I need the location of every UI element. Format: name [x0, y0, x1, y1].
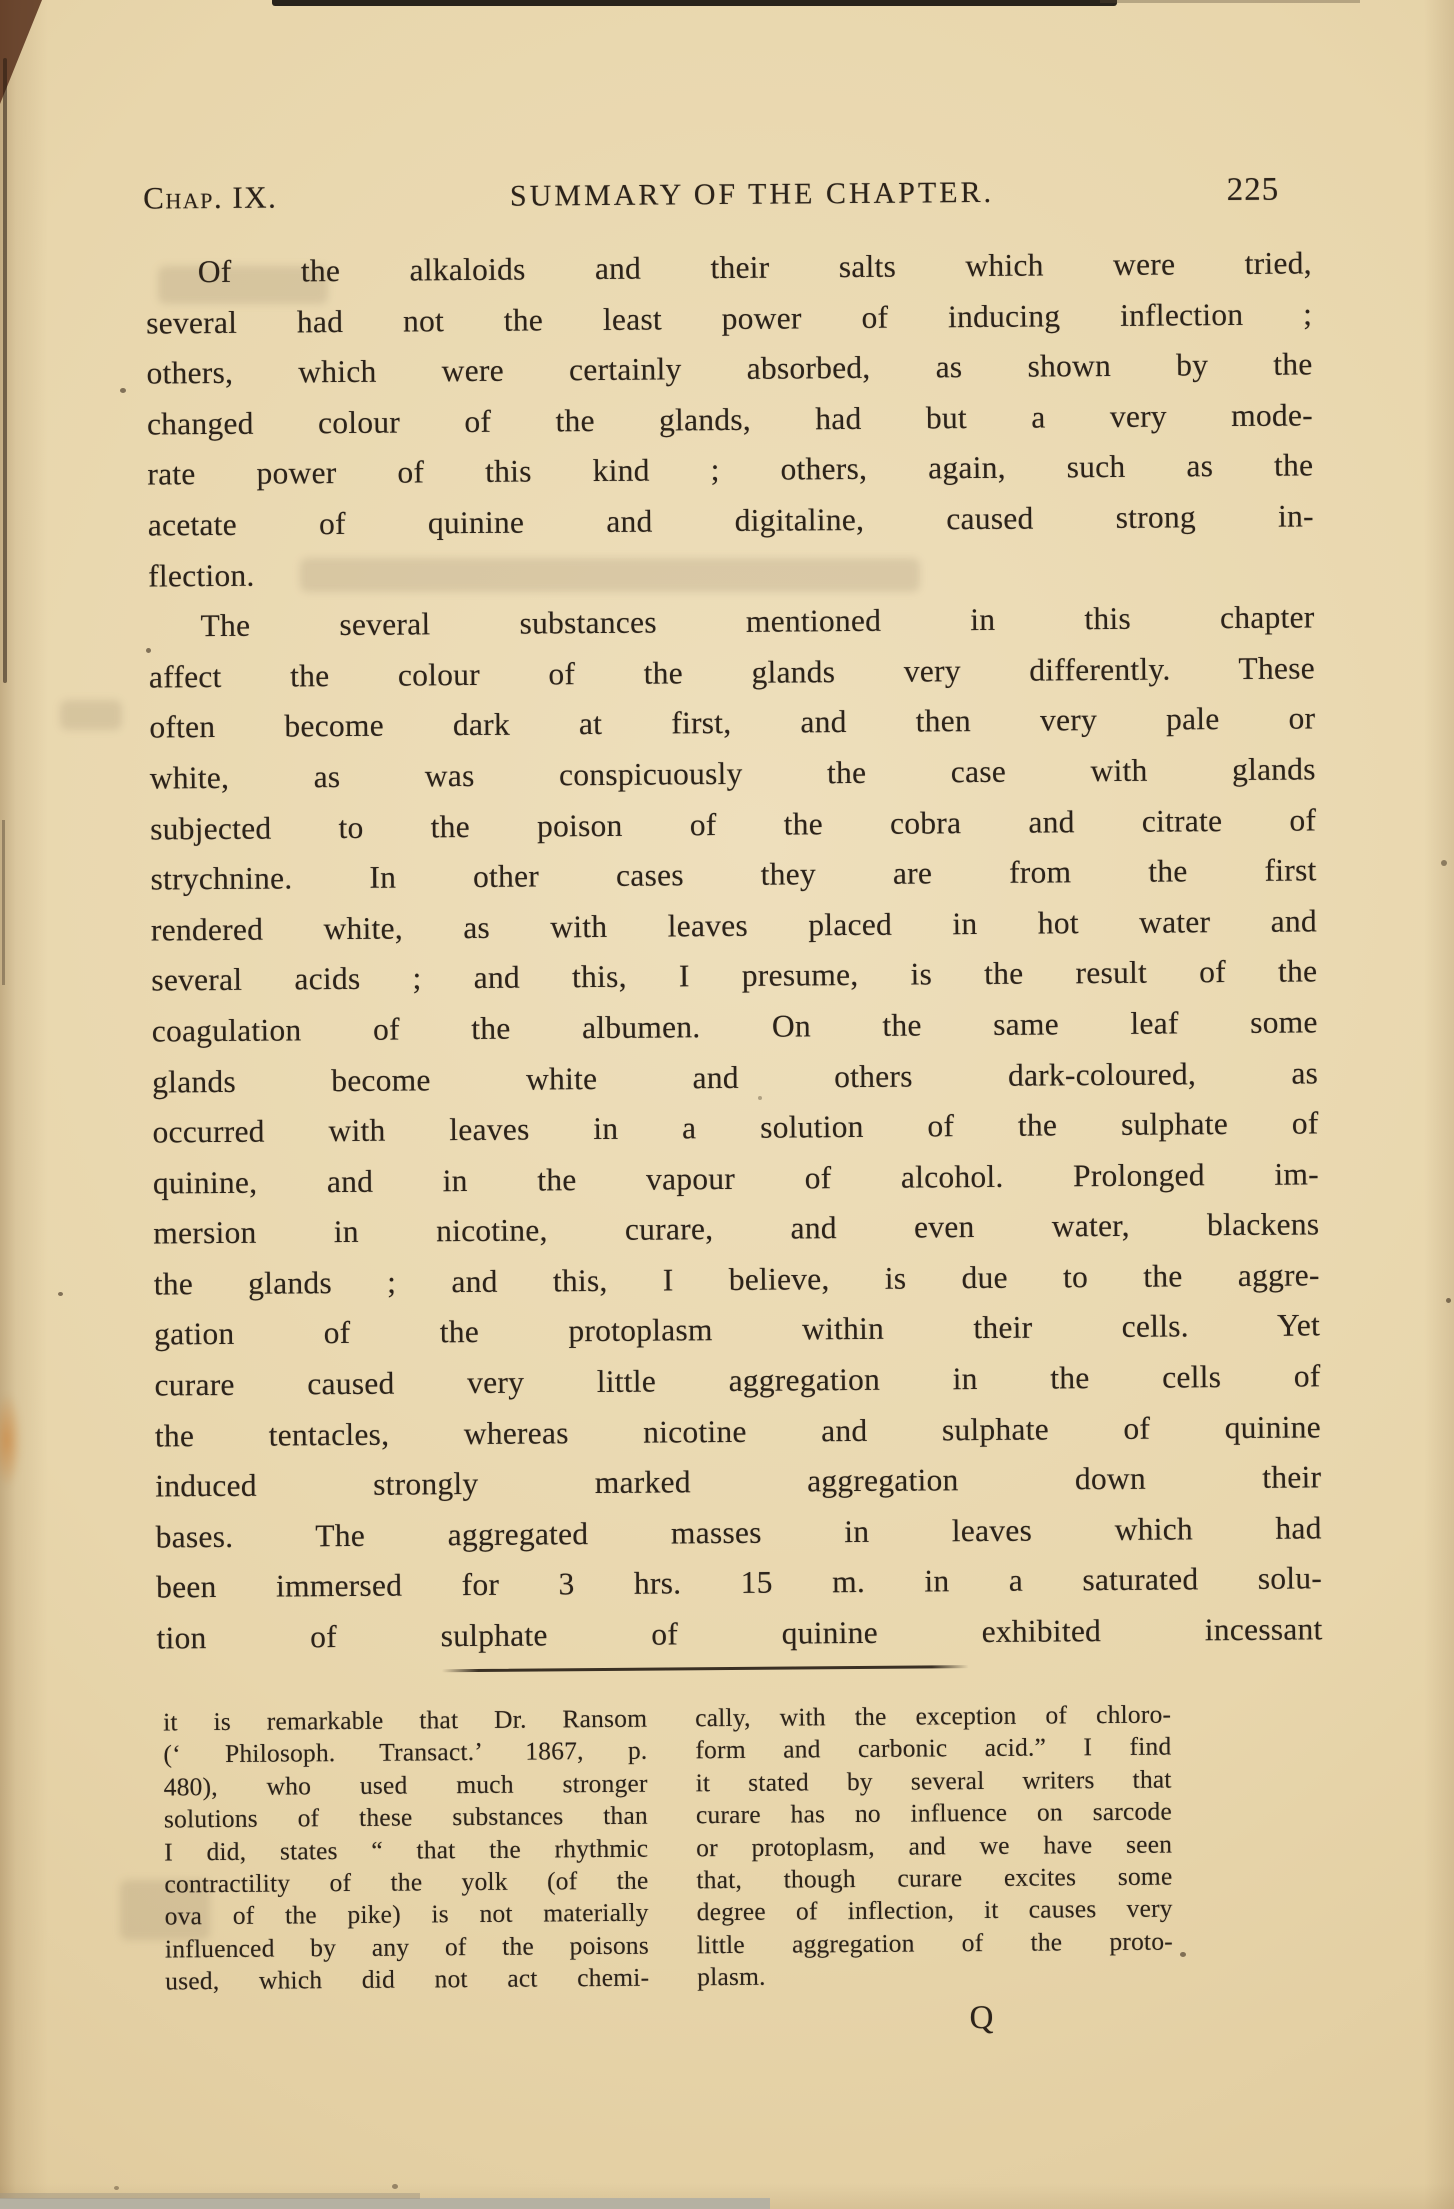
body-line: subjected to the poison of the cobra and…	[150, 795, 1316, 855]
footnote-line: plasm.	[697, 1958, 1173, 1994]
body-line: gation of the protoplasm within their ce…	[154, 1301, 1320, 1361]
footnote-line: it is remarkable that Dr. Ransom	[163, 1703, 647, 1739]
footnote-separator	[442, 1665, 969, 1672]
body-line: changed colour of the glands, had but a …	[147, 390, 1313, 450]
footnote-line: (‘ Philosoph. Transact.’ 1867, p.	[163, 1735, 647, 1771]
body-line: bases. The aggregated masses in leaves w…	[156, 1503, 1322, 1563]
body-line: often become dark at first, and then ver…	[149, 694, 1315, 754]
footnote-line: influenced by any of the poisons	[165, 1929, 649, 1965]
footnote-line: ova of the pike) is not materially	[165, 1897, 649, 1933]
body-line: others, which were certainly absorbed, a…	[146, 340, 1312, 400]
page-number: 225	[1227, 172, 1280, 209]
footnote-line: degree of inflection, it causes very	[697, 1893, 1173, 1929]
page-header: Chap. IX. SUMMARY OF THE CHAPTER. 225	[143, 172, 1279, 218]
footnote-column-right: cally, with the exception of chloro-form…	[695, 1699, 1173, 1994]
body-line: The several substances mentioned in this…	[148, 593, 1314, 653]
body-line: glands become white and others dark-colo…	[152, 1048, 1318, 1108]
footnote-line: solutions of these substances than	[164, 1800, 648, 1836]
body-line: several had not the least power of induc…	[146, 289, 1312, 349]
footnote-line: I did, states “ that the rhythmic	[164, 1832, 648, 1868]
chapter-label: Chap. IX.	[143, 180, 277, 217]
body-line: rendered white, as with leaves placed in…	[151, 896, 1317, 956]
footnote-line: little aggregation of the proto-	[697, 1925, 1173, 1961]
footnote-line: or protoplasm, and we have seen	[696, 1828, 1172, 1864]
body-line: rate power of this kind ; others, again,…	[147, 441, 1313, 501]
body-line: quinine, and in the vapour of alcohol. P…	[153, 1149, 1319, 1209]
body-text: Of the alkaloids and their salts which w…	[146, 238, 1323, 1664]
scanned-book-page: Chap. IX. SUMMARY OF THE CHAPTER. 225 Of…	[0, 0, 1454, 2209]
footnote-column-left: it is remarkable that Dr. Ransom(‘ Philo…	[163, 1703, 649, 1998]
page-content: Chap. IX. SUMMARY OF THE CHAPTER. 225 Of…	[0, 0, 1454, 2209]
body-line: affect the colour of the glands very dif…	[149, 643, 1315, 703]
body-line: white, as was conspicuously the case wit…	[150, 744, 1316, 804]
footnote-line: 480), who used much stronger	[164, 1767, 648, 1803]
body-line: induced strongly marked aggregation down…	[155, 1453, 1321, 1513]
body-line: Of the alkaloids and their salts which w…	[146, 238, 1312, 298]
footnote-line: that, though curare excites some	[696, 1860, 1172, 1896]
body-line: coagulation of the albumen. On the same …	[152, 997, 1318, 1057]
body-line: mersion in nicotine, curare, and even wa…	[153, 1200, 1319, 1260]
signature-mark: Q	[969, 2000, 993, 2037]
footnote-line: cally, with the exception of chloro-	[695, 1699, 1171, 1735]
body-line: the glands ; and this, I believe, is due…	[154, 1250, 1320, 1310]
body-line: been immersed for 3 hrs. 15 m. in a satu…	[156, 1554, 1322, 1614]
body-line: curare caused very little aggregation in…	[154, 1351, 1320, 1411]
footnote-line: form and carbonic acid.” I find	[695, 1731, 1171, 1767]
footnote-line: contractility of the yolk (of the	[164, 1865, 648, 1901]
footnote-line: used, which did not act chemi-	[165, 1962, 649, 1998]
body-line: several acids ; and this, I presume, is …	[151, 947, 1317, 1007]
body-line: flection.	[148, 542, 1314, 602]
footnote-block: it is remarkable that Dr. Ransom(‘ Philo…	[163, 1699, 1173, 1998]
body-line: occurred with leaves in a solution of th…	[152, 1098, 1318, 1158]
body-line: tion of sulphate of quinine exhibited in…	[156, 1604, 1322, 1664]
body-line: acetate of quinine and digitaline, cause…	[148, 491, 1314, 551]
footnote-line: it stated by several writers that	[696, 1763, 1172, 1799]
body-line: the tentacles, whereas nicotine and sulp…	[155, 1402, 1321, 1462]
body-line: strychnine. In other cases they are from…	[150, 845, 1316, 905]
running-title: SUMMARY OF THE CHAPTER.	[277, 174, 1227, 215]
footnote-line: curare has no influence on sarcode	[696, 1796, 1172, 1832]
